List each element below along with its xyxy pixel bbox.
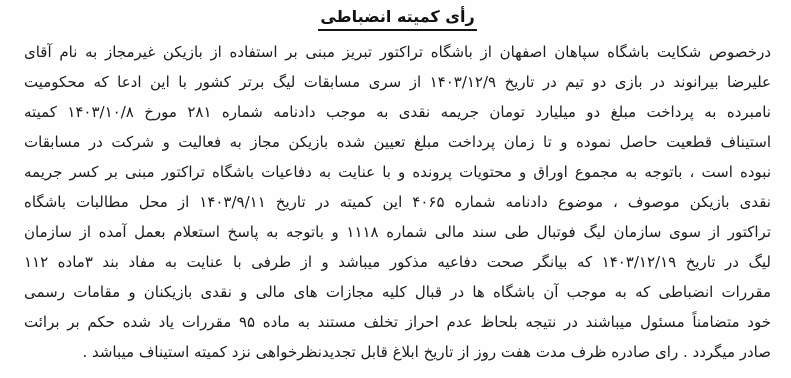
- ruling-text-line: نامبرده به پرداخت مبلغ دو میلیارد تومان …: [24, 97, 771, 127]
- ruling-text-line: صادر میگردد . رای صادره ظرف مدت هفت روز …: [24, 337, 771, 367]
- ruling-text-line: درخصوص شکایت باشگاه سپاهان اصفهان از باش…: [24, 37, 771, 67]
- ruling-text-line: خود متضامناً مسئول میباشند در نتیجه بلحا…: [24, 307, 771, 337]
- title-row: رأی کمیته انضباطی: [24, 7, 771, 35]
- ruling-text-line: تراکتور از سوی سازمان لیگ فوتبال طی سند …: [24, 217, 771, 247]
- page-title: رأی کمیته انضباطی: [318, 7, 476, 31]
- ruling-text-line: نبوده است ، باتوجه به مجموع اوراق و محتو…: [24, 157, 771, 187]
- ruling-body: درخصوص شکایت باشگاه سپاهان اصفهان از باش…: [24, 37, 771, 367]
- ruling-text-line: مقررات انضباطی که به موجب آن باشگاه ها د…: [24, 277, 771, 307]
- ruling-text-line: لیگ در تاریخ ۱۴۰۳/۱۲/۱۹ که بیانگر صحت دف…: [24, 247, 771, 277]
- ruling-text-line: علیرضا بیرانوند در بازی دو تیم در تاریخ …: [24, 67, 771, 97]
- ruling-text-line: استیناف قطعیت حاصل نموده و تا زمان پرداخ…: [24, 127, 771, 157]
- document-page: رأی کمیته انضباطی درخصوص شکایت باشگاه سپ…: [0, 0, 791, 378]
- ruling-text-line: نقدی بازیکن موصوف ، موضوع دادنامه شماره …: [24, 187, 771, 217]
